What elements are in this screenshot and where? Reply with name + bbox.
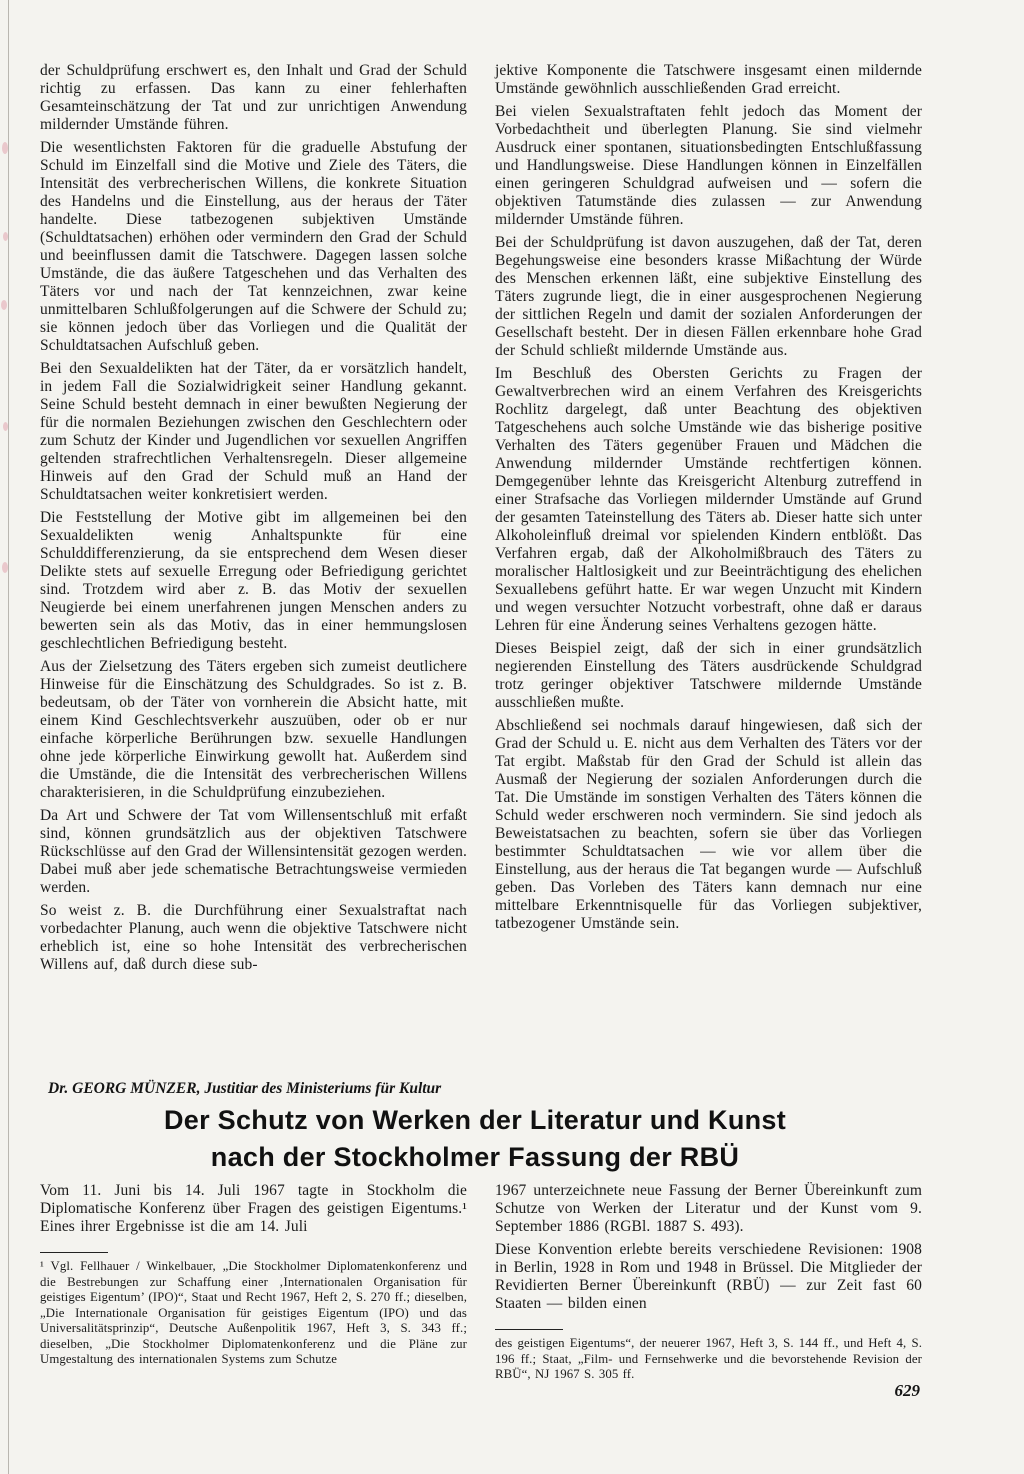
paragraph: jektive Komponente die Tatschwere insges…	[495, 62, 922, 98]
paragraph: Diese Konvention erlebte bereits verschi…	[495, 1241, 922, 1313]
scan-speck	[3, 232, 8, 241]
paragraph: Vom 11. Juni bis 14. Juli 1967 tagte in …	[40, 1182, 467, 1236]
bottom-left-column: Vom 11. Juni bis 14. Juli 1967 tagte in …	[40, 1182, 467, 1383]
article-title-line1: Der Schutz von Werken der Literatur und …	[164, 1105, 786, 1135]
scan-speck	[1, 300, 7, 310]
paragraph: Bei der Schuldprüfung ist davon auszugeh…	[495, 234, 922, 360]
footnote: ¹ Vgl. Fellhauer / Winkelbauer, „Die Sto…	[40, 1252, 467, 1368]
paragraph: der Schuldprüfung erschwert es, den Inha…	[40, 62, 467, 134]
paragraph: Die wesentlichsten Faktoren für die grad…	[40, 139, 467, 355]
scan-speck	[2, 562, 8, 573]
paragraph: Die Feststellung der Motive gibt im allg…	[40, 509, 467, 653]
paragraph: So weist z. B. die Durchführung einer Se…	[40, 902, 467, 974]
article-title: Der Schutz von Werken der Literatur und …	[40, 1102, 910, 1176]
bottom-right-column: 1967 unterzeichnete neue Fassung der Ber…	[495, 1182, 922, 1383]
right-column: jektive Komponente die Tatschwere insges…	[495, 62, 922, 979]
footnote-divider	[495, 1329, 563, 1330]
page-number: 629	[895, 1381, 921, 1400]
scan-speck	[2, 142, 8, 154]
footnote-text: ¹ Vgl. Fellhauer / Winkelbauer, „Die Sto…	[40, 1259, 467, 1368]
paragraph: 1967 unterzeichnete neue Fassung der Ber…	[495, 1182, 922, 1236]
footnote-text: des geistigen Eigentums“, der neuerer 19…	[495, 1336, 922, 1383]
page-number-row: 629	[40, 1381, 920, 1401]
scan-edge-line	[8, 0, 9, 1474]
footnote: des geistigen Eigentums“, der neuerer 19…	[495, 1329, 922, 1383]
paragraph: Abschließend sei nochmals darauf hingewi…	[495, 717, 922, 933]
paragraph: Im Beschluß des Obersten Gerichts zu Fra…	[495, 365, 922, 635]
paragraph: Bei den Sexualdelikten hat der Täter, da…	[40, 360, 467, 504]
footnote-divider	[40, 1252, 108, 1253]
article-body-start: Vom 11. Juni bis 14. Juli 1967 tagte in …	[40, 1182, 922, 1383]
article-byline: Dr. GEORG MÜNZER, Justitiar des Minister…	[48, 1080, 908, 1098]
paragraph: Dieses Beispiel zeigt, daß der sich in e…	[495, 640, 922, 712]
paragraph: Bei vielen Sexualstraftaten fehlt jedoch…	[495, 103, 922, 229]
paragraph: Aus der Zielsetzung des Täters ergeben s…	[40, 658, 467, 802]
article-title-line2: nach der Stockholmer Fassung der RBÜ	[211, 1142, 739, 1172]
article-continuation: der Schuldprüfung erschwert es, den Inha…	[40, 62, 922, 979]
scan-speck	[3, 422, 8, 431]
left-column: der Schuldprüfung erschwert es, den Inha…	[40, 62, 467, 979]
paragraph: Da Art und Schwere der Tat vom Willensen…	[40, 807, 467, 897]
